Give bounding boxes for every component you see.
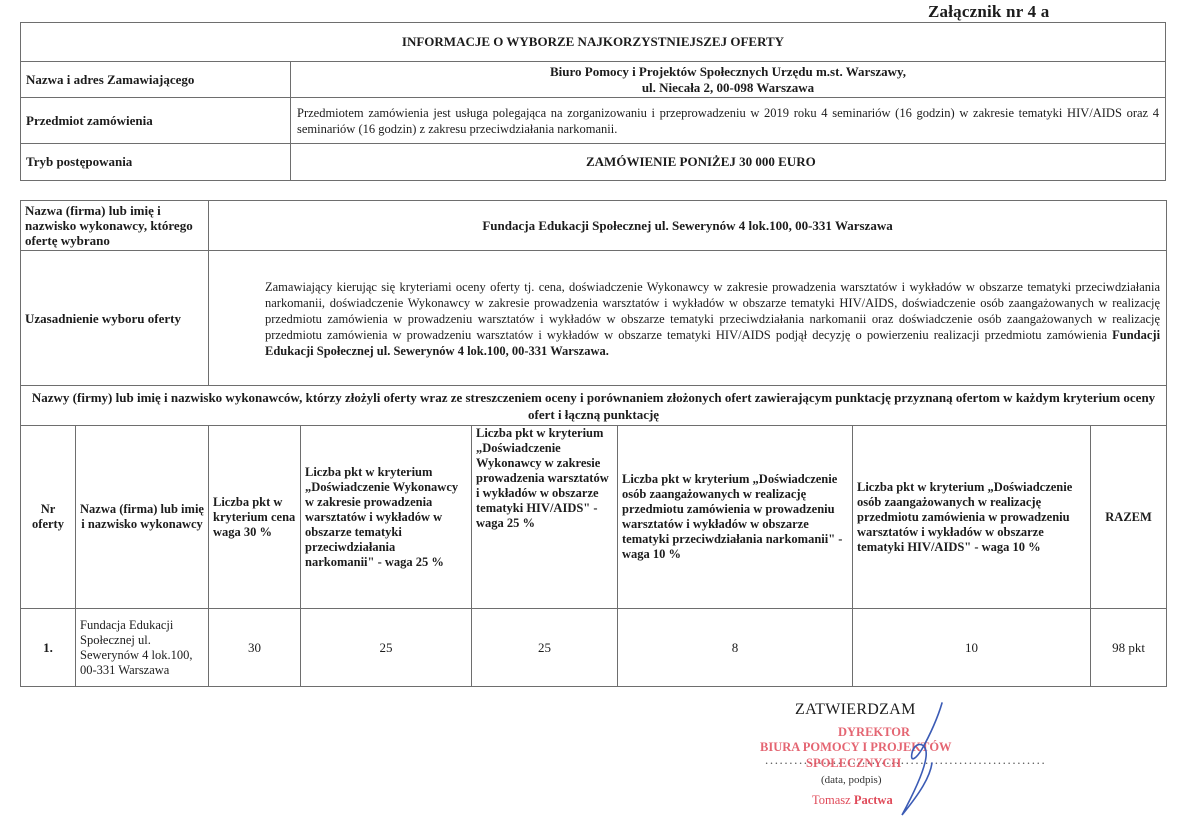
selected-contractor-value: Fundacja Edukacji Społecznej ul. Seweryn… xyxy=(209,201,1167,251)
contracting-authority-address: ul. Niecała 2, 00-098 Warszawa xyxy=(291,80,1165,96)
subject-label: Przedmiot zamówienia xyxy=(21,98,291,144)
column-header-row: Nr oferty Nazwa (firma) lub imię i nazwi… xyxy=(21,426,1167,609)
subject-value: Przedmiotem zamówienia jest usługa poleg… xyxy=(291,98,1166,144)
offer-info-table: INFORMACJE O WYBORZE NAJKORZYSTNIEJSZEJ … xyxy=(20,22,1166,181)
table-row: 1. Fundacja Edukacji Społecznej ul. Sewe… xyxy=(21,609,1167,687)
offer-number: 1. xyxy=(21,609,76,687)
justification-label: Uzasadnienie wyboru oferty xyxy=(21,251,209,386)
offer-staff-drugs-points: 8 xyxy=(618,609,853,687)
table-row: Przedmiot zamówienia Przedmiotem zamówie… xyxy=(21,98,1166,144)
offer-staff-hiv-points: 10 xyxy=(853,609,1091,687)
table-row: Uzasadnienie wyboru oferty Zamawiający k… xyxy=(21,251,1167,386)
col-header-firm: Nazwa (firma) lub imię i nazwisko wykona… xyxy=(76,426,209,609)
offers-heading: Nazwy (firmy) lub imię i nazwisko wykona… xyxy=(21,386,1167,426)
attachment-label: Załącznik nr 4 a xyxy=(928,2,1049,22)
procedure-label: Tryb postępowania xyxy=(21,144,291,181)
table-row: Nazwa i adres Zamawiającego Biuro Pomocy… xyxy=(21,62,1166,98)
col-header-experience-drugs: Liczba pkt w kryterium „Doświadczenie Wy… xyxy=(301,426,472,609)
justification-text: Zamawiający kierując się kryteriami ocen… xyxy=(209,251,1167,386)
contracting-authority-name: Biuro Pomocy i Projektów Społecznych Urz… xyxy=(291,64,1165,80)
offer-evaluation-table: Nazwa (firma) lub imię i nazwisko wykona… xyxy=(20,200,1167,687)
procedure-value: ZAMÓWIENIE PONIŻEJ 30 000 EURO xyxy=(291,144,1166,181)
offer-experience-hiv-points: 25 xyxy=(472,609,618,687)
col-header-nr: Nr oferty xyxy=(21,426,76,609)
signer-first-name: Tomasz xyxy=(812,793,854,807)
table-row: Tryb postępowania ZAMÓWIENIE PONIŻEJ 30 … xyxy=(21,144,1166,181)
table-row: Nazwa (firma) lub imię i nazwisko wykona… xyxy=(21,201,1167,251)
selected-contractor-label: Nazwa (firma) lub imię i nazwisko wykona… xyxy=(21,201,209,251)
offer-price-points: 30 xyxy=(209,609,301,687)
col-header-price: Liczba pkt w kryterium cena waga 30 % xyxy=(209,426,301,609)
col-header-staff-hiv: Liczba pkt w kryterium „Doświadczenie os… xyxy=(853,426,1091,609)
table-row: Nazwy (firmy) lub imię i nazwisko wykona… xyxy=(21,386,1167,426)
handwritten-signature-icon xyxy=(880,697,960,822)
offer-total-points: 98 pkt xyxy=(1091,609,1167,687)
contracting-authority-label: Nazwa i adres Zamawiającego xyxy=(21,62,291,98)
offer-firm: Fundacja Edukacji Społecznej ul. Seweryn… xyxy=(76,609,209,687)
offer-experience-drugs-points: 25 xyxy=(301,609,472,687)
table-title: INFORMACJE O WYBORZE NAJKORZYSTNIEJSZEJ … xyxy=(21,23,1166,62)
date-signature-caption: (data, podpis) xyxy=(821,774,881,786)
contracting-authority-value: Biuro Pomocy i Projektów Społecznych Urz… xyxy=(291,62,1166,98)
col-header-staff-drugs: Liczba pkt w kryterium „Doświadczenie os… xyxy=(618,426,853,609)
col-header-total: RAZEM xyxy=(1091,426,1167,609)
col-header-experience-hiv: Liczba pkt w kryterium „Doświadczenie Wy… xyxy=(472,426,618,609)
justification-body: Zamawiający kierując się kryteriami ocen… xyxy=(265,280,1160,342)
